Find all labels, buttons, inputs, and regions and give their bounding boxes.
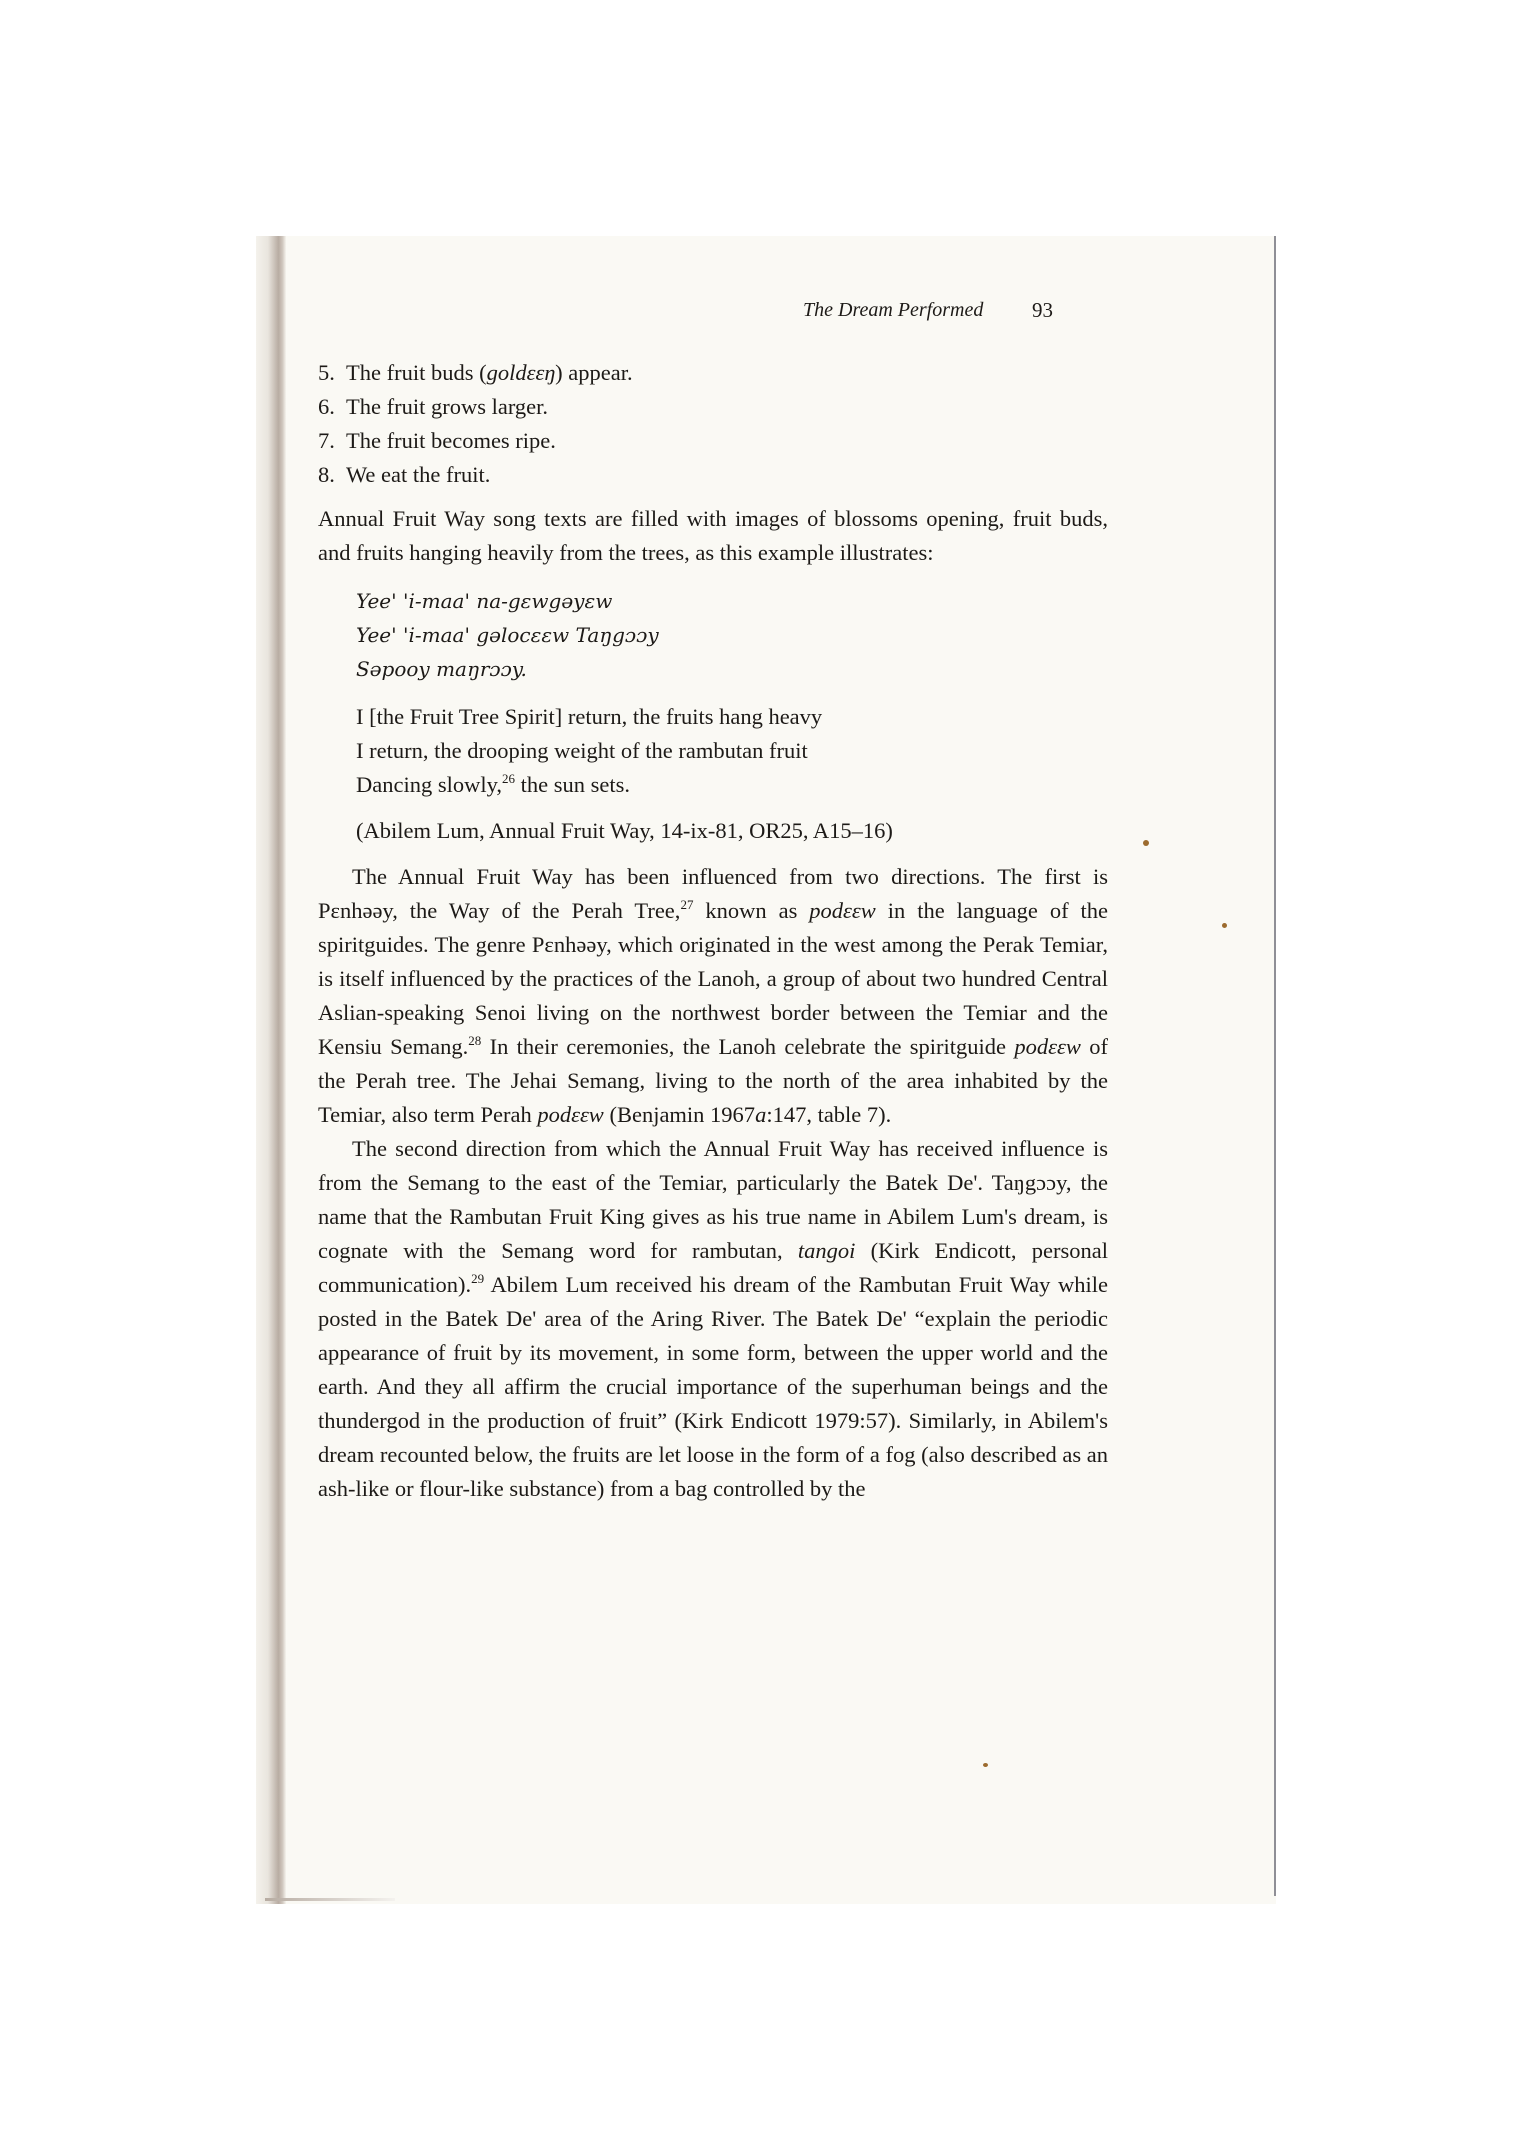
list-item: 7.The fruit becomes ripe.: [318, 424, 1108, 458]
footnote-ref[interactable]: 29: [471, 1271, 484, 1286]
list-item: 5.The fruit buds (goldεεŋ) appear.: [318, 356, 1108, 390]
page-number: 93: [1032, 298, 1053, 322]
scan-speck: [1222, 923, 1227, 928]
gutter-shadow: [256, 236, 286, 1904]
paragraph-influences-second: The second direction from which the Annu…: [318, 1132, 1108, 1506]
song-translation: I [the Fruit Tree Spirit] return, the fr…: [318, 700, 1108, 802]
list-item: 6.The fruit grows larger.: [318, 390, 1108, 424]
translation-line: Dancing slowly,26 the sun sets.: [356, 768, 1108, 802]
footnote-ref[interactable]: 28: [468, 1033, 481, 1048]
scan-speck: [983, 1763, 988, 1767]
translation-line: I [the Fruit Tree Spirit] return, the fr…: [356, 700, 1108, 734]
body-text: 5.The fruit buds (goldεεŋ) appear. 6.The…: [318, 356, 1108, 1506]
song-line: Səpooy maŋrɔɔy.: [356, 652, 1108, 686]
song-citation: (Abilem Lum, Annual Fruit Way, 14-ix-81,…: [318, 814, 1108, 848]
numbered-list: 5.The fruit buds (goldεεŋ) appear. 6.The…: [318, 356, 1108, 492]
footnote-ref[interactable]: 27: [680, 897, 693, 912]
list-item: 8.We eat the fruit.: [318, 458, 1108, 492]
song-line: Yee' 'i-maa' na-gεwgəyεw: [356, 584, 1108, 618]
page-right-edge: [1274, 236, 1276, 1896]
page-bottom-edge: [265, 1898, 395, 1901]
translation-line: I return, the drooping weight of the ram…: [356, 734, 1108, 768]
intro-paragraph: Annual Fruit Way song texts are filled w…: [318, 502, 1108, 570]
song-text-native: Yee' 'i-maa' na-gεwgəyεw Yee' 'i-maa' gə…: [318, 584, 1108, 686]
chapter-title: The Dream Performed: [803, 298, 983, 322]
scan-speck: [1143, 840, 1149, 846]
footnote-ref[interactable]: 26: [502, 771, 515, 786]
song-line: Yee' 'i-maa' gəlocεεw Taŋgɔɔy: [356, 618, 1108, 652]
paragraph-influences-first: The Annual Fruit Way has been influenced…: [318, 860, 1108, 1132]
